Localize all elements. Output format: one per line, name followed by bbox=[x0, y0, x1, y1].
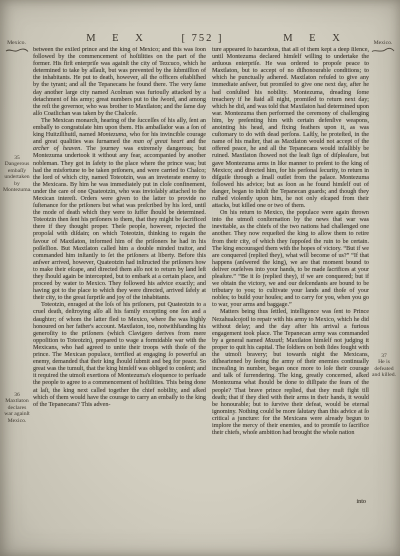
paragraph: On his return to Mexico, the populace we… bbox=[212, 210, 369, 309]
body-text: . The journey was extremely dangerous; b… bbox=[33, 146, 206, 301]
margin-note-text: Maxtlaton declares war againſt Mexico. bbox=[3, 398, 31, 424]
italic-text: Montezuma bbox=[98, 132, 127, 138]
italic-text: man of great heart bbox=[133, 139, 183, 145]
text-column-left: between the exiled prince and the king o… bbox=[33, 47, 206, 511]
text-column-right: ture appeared ſo hazardous, that all of … bbox=[212, 47, 369, 511]
body-text: Toteotzin, enraged at the loſs of his pr… bbox=[33, 302, 206, 407]
body-text: ; Maxtlaton himſelf not judging it prope… bbox=[212, 338, 369, 436]
margin-note-35: 35 Dangerous embaſſy undertaken by Monte… bbox=[3, 155, 31, 193]
page-number: [ 752 ] bbox=[155, 33, 250, 44]
swash-ornament bbox=[5, 47, 29, 54]
margin-note-mexico-right: Mexico. bbox=[369, 40, 397, 54]
paragraph: between the exiled prince and the king o… bbox=[33, 47, 206, 118]
page-header: M E X [ 752 ] M E X bbox=[0, 33, 400, 45]
body-text: and the bbox=[184, 139, 206, 145]
catchword: into bbox=[300, 499, 366, 505]
running-title-right: M E X bbox=[265, 33, 365, 44]
paragraph: The Mexican monarch, hearing of the ſucc… bbox=[33, 118, 206, 302]
paragraph: Toteotzin, enraged at the loſs of his pr… bbox=[33, 302, 206, 408]
book-page: M E X [ 752 ] M E X Mexico. Mexico. 35 D… bbox=[0, 0, 400, 556]
swash-ornament bbox=[371, 47, 395, 54]
margin-note-mexico-left: Mexico. bbox=[3, 40, 30, 54]
paragraph: Matters being thus ſettled, intelligence… bbox=[212, 309, 369, 437]
italic-text: archer of heaven bbox=[33, 146, 80, 152]
margin-note-label: Mexico. bbox=[3, 40, 30, 46]
body-text: ture appeared ſo hazardous, that all of … bbox=[212, 47, 369, 209]
italic-text: Mazatl bbox=[265, 338, 282, 344]
margin-note-37: 37 He is defeated and killed. bbox=[370, 353, 398, 379]
margin-note-label: Mexico. bbox=[369, 40, 397, 46]
paragraph: ture appeared ſo hazardous, that all of … bbox=[212, 47, 369, 210]
body-text: between the exiled prince and the king o… bbox=[33, 47, 206, 117]
running-title-left: M E X bbox=[68, 33, 168, 44]
margin-note-36: 36 Maxtlaton declares war againſt Mexico… bbox=[3, 392, 31, 424]
margin-note-text: Dangerous embaſſy undertaken by Montezum… bbox=[3, 161, 31, 193]
body-text: On his return to Mexico, the populace we… bbox=[212, 210, 369, 308]
margin-note-text: He is defeated and killed. bbox=[370, 359, 398, 378]
